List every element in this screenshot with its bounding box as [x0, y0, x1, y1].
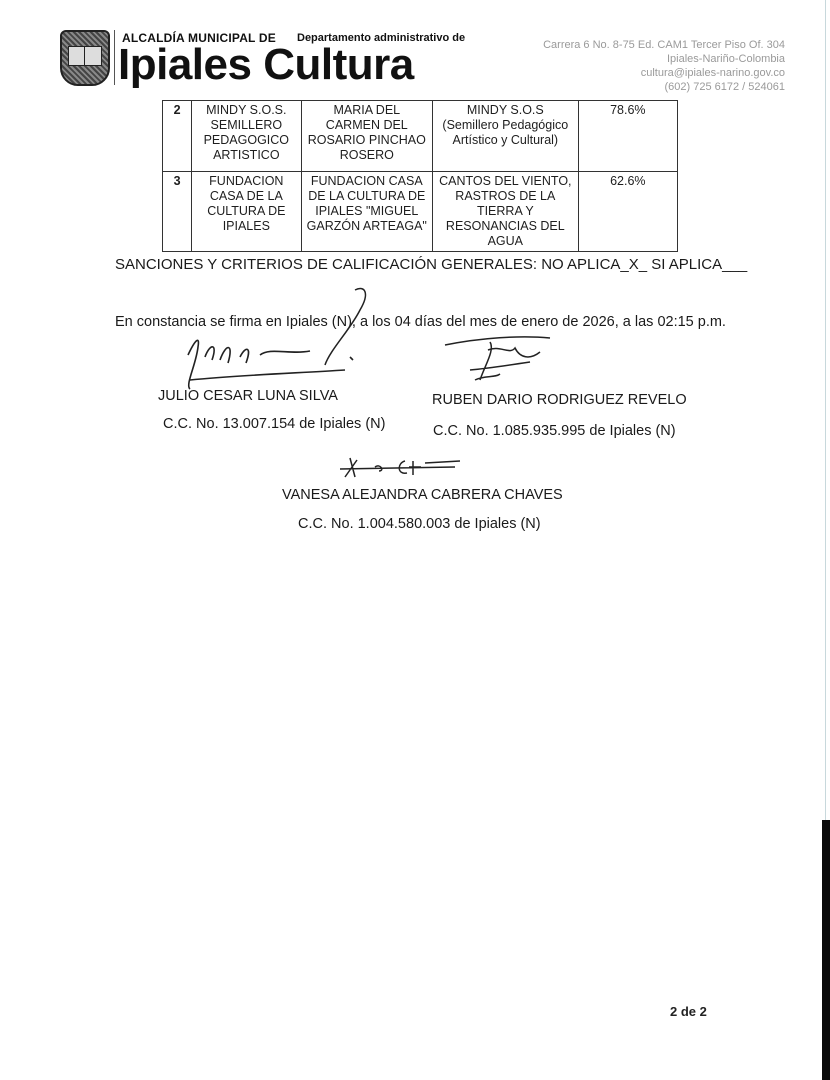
signatory-name-3: VANESA ALEJANDRA CABRERA CHAVES	[282, 487, 563, 503]
table-row: 3 FUNDACION CASA DE LA CULTURA DE IPIALE…	[163, 172, 678, 252]
row-number: 2	[163, 101, 192, 172]
contact-phone: (602) 725 6172 / 524061	[543, 80, 785, 94]
signatory-name-2: RUBEN DARIO RODRIGUEZ REVELO	[432, 392, 687, 408]
cell-organizacion: FUNDACION CASA DE LA CULTURA DE IPIALES	[192, 172, 301, 252]
cell-organizacion: MINDY S.O.S. SEMILLERO PEDAGOGICO ARTIST…	[192, 101, 301, 172]
cell-puntaje: 78.6%	[578, 101, 677, 172]
row-number: 3	[163, 172, 192, 252]
results-table: 2 MINDY S.O.S. SEMILLERO PEDAGOGICO ARTI…	[162, 100, 678, 252]
cell-puntaje: 62.6%	[578, 172, 677, 252]
contact-address: Carrera 6 No. 8-75 Ed. CAM1 Tercer Piso …	[543, 38, 785, 52]
table-row: 2 MINDY S.O.S. SEMILLERO PEDAGOGICO ARTI…	[163, 101, 678, 172]
municipal-coat-of-arms-logo	[60, 30, 110, 86]
signatory-cc-2: C.C. No. 1.085.935.995 de Ipiales (N)	[433, 423, 676, 439]
page-number: 2 de 2	[670, 1004, 707, 1019]
contact-city: Ipiales-Nariño-Colombia	[543, 52, 785, 66]
header-brand-title: Ipiales Cultura	[118, 40, 414, 90]
header-contact-block: Carrera 6 No. 8-75 Ed. CAM1 Tercer Piso …	[543, 38, 785, 94]
cell-proyecto: MINDY S.O.S (Semillero Pedagógico Artíst…	[433, 101, 579, 172]
cell-proyecto: CANTOS DEL VIENTO, RASTROS DE LA TIERRA …	[433, 172, 579, 252]
scan-edge-line	[825, 0, 826, 820]
contact-email: cultura@ipiales-narino.gov.co	[543, 66, 785, 80]
cell-representante: MARIA DEL CARMEN DEL ROSARIO PINCHAO ROS…	[301, 101, 433, 172]
signatory-cc-3: C.C. No. 1.004.580.003 de Ipiales (N)	[298, 516, 541, 532]
sanciones-statement: SANCIONES Y CRITERIOS DE CALIFICACIÓN GE…	[115, 256, 747, 273]
signature-julio-icon	[160, 285, 400, 395]
signature-ruben-icon	[440, 330, 560, 390]
signatory-name-1: JULIO CESAR LUNA SILVA	[158, 388, 338, 404]
cell-representante: FUNDACION CASA DE LA CULTURA DE IPIALES …	[301, 172, 433, 252]
signature-vanesa-icon	[335, 455, 465, 481]
signatory-cc-1: C.C. No. 13.007.154 de Ipiales (N)	[163, 416, 385, 432]
header-divider	[114, 30, 115, 85]
scan-edge-shadow	[822, 820, 830, 1080]
